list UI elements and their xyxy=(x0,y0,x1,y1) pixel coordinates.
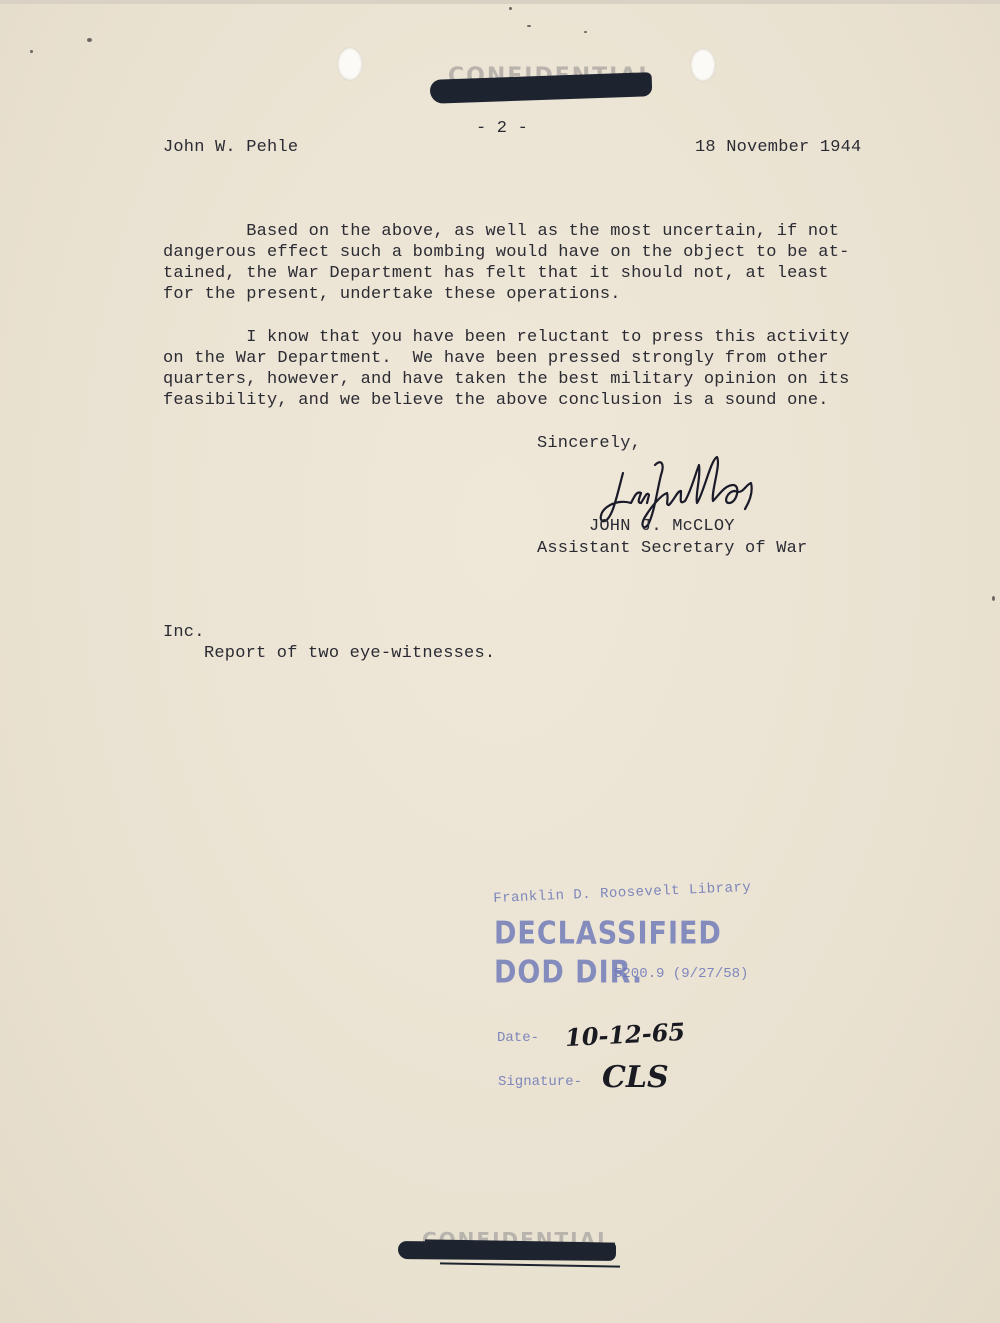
signer-name: JOHN J. McCLOY xyxy=(589,516,735,537)
paper-speck xyxy=(87,38,92,42)
paper-speck xyxy=(30,50,33,53)
stamp-signature-label: Signature- xyxy=(498,1074,582,1090)
stamp-declassified: DECLASSIFIED xyxy=(494,916,722,952)
letter-date: 18 November 1944 xyxy=(695,137,861,158)
paragraph-line: on the War Department. We have been pres… xyxy=(163,348,829,369)
paragraph-line: feasibility, and we believe the above co… xyxy=(163,390,829,411)
paragraph-line: dangerous effect such a bombing would ha… xyxy=(163,242,850,263)
paper-speck xyxy=(992,596,995,601)
declassification-date: 10-12-65 xyxy=(564,1017,685,1052)
signer-title: Assistant Secretary of War xyxy=(537,538,807,559)
declassification-initials: CLS xyxy=(602,1060,669,1095)
paragraph-line: Based on the above, as well as the most … xyxy=(163,221,839,242)
paragraph-line: tained, the War Department has felt that… xyxy=(163,263,829,284)
paragraph-line: quarters, however, and have taken the be… xyxy=(163,369,850,390)
recipient-name: John W. Pehle xyxy=(163,137,298,158)
stamp-date-label: Date- xyxy=(497,1030,539,1046)
punch-hole-left xyxy=(337,47,363,81)
page-number: - 2 - xyxy=(476,118,528,139)
paragraph-line: I know that you have been reluctant to p… xyxy=(163,327,850,348)
stamp-library-name: Franklin D. Roosevelt Library xyxy=(493,880,752,907)
redaction-stroke xyxy=(440,1262,620,1267)
punch-hole-right xyxy=(690,48,716,82)
paragraph-line: for the present, undertake these operati… xyxy=(163,284,621,305)
paper-speck xyxy=(584,31,587,33)
closing-salutation: Sincerely, xyxy=(537,433,641,454)
enclosure-label: Inc. xyxy=(163,622,205,643)
paper-speck xyxy=(527,25,531,27)
page-top-edge xyxy=(0,0,1000,4)
paper-speck xyxy=(509,7,512,10)
document-page: CONFIDENTIAL - 2 - John W. Pehle 18 Nove… xyxy=(0,0,1000,1323)
stamp-authority-ref: 5200.9 (9/27/58) xyxy=(614,966,748,982)
enclosure-item: Report of two eye-witnesses. xyxy=(204,643,495,664)
